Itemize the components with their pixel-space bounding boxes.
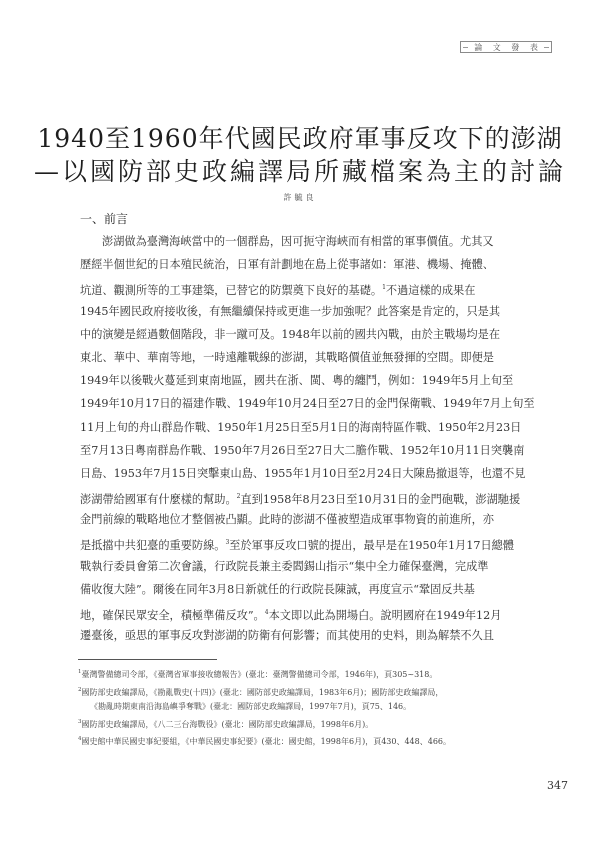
footnote-continuation: 《勘亂時期東南沿海島嶼爭奪戰》(臺北：國防部史政編譯局，1997年7月)，頁75… [78, 700, 528, 715]
footnote-text: 臺灣警備總司令部，《臺灣省軍事接收總報告》(臺北：臺灣警備總司令部，1946年)… [82, 670, 438, 679]
body-line: 是抵擋中共犯臺的重要防線。3至於軍事反攻口號的提出，最早是在1950年1月17日… [80, 531, 520, 554]
footnote-divider [78, 659, 217, 660]
article-title-line-1: 1940至1960年代國民政府軍事反攻下的澎湖 [0, 119, 600, 155]
body-line-text: 東北、華中、華南等地，一時遠離戰線的澎湖，其戰略價值並無發揮的空間。即便是 [80, 351, 494, 364]
body-line-text: 坑道、觀測所等的工事建築，已替它的防禦奠下良好的基礎。 [80, 284, 382, 297]
body-line-text: 1949年以後戰火蔓延到東南地區，國共在浙、閩、粵的纏鬥，例如：1949年5月上… [80, 374, 513, 387]
footnotes: 1臺灣警備總司令部，《臺灣省軍事接收總報告》(臺北：臺灣警備總司令部，1946年… [78, 665, 528, 750]
body-line-text: 1949年10月17日的福建作戰、1949年10月24日至27日的金門保衛戰、1… [80, 397, 535, 410]
footnote: 1臺灣警備總司令部，《臺灣省軍事接收總報告》(臺北：臺灣警備總司令部，1946年… [78, 665, 528, 683]
body-line: 備收復大陸”。爾後在同年3月8日新就任的行政院長陳誠，再度宣示“鞏固反共基 [80, 578, 520, 601]
body-line-text: 澎湖做為臺灣海峽當中的一個群島，因可扼守海峽而有相當的軍事價值。尤其又 [102, 235, 494, 248]
body-line-text: 本文即以此為開場白。說明國府在1949年12月 [269, 609, 502, 622]
body-line-text: 中的演變是經過數個階段，非一蹴可及。1948年以前的國共內戰，由於主戰場均是在 [80, 328, 500, 341]
author-name: 許毓良 [0, 192, 600, 203]
body-line: 歷經半個世紀的日本殖民統治，日軍有計劃地在島上從事諸如：軍港、機場、掩體、 [80, 253, 520, 276]
body-line-text: 不過這樣的成果在 [386, 284, 476, 297]
article-title-line-2: —以國防部史政編譯局所藏檔案為主的討論 [0, 152, 600, 188]
body-line-text: 備收復大陸”。爾後在同年3月8日新就任的行政院長陳誠，再度宣示“鞏固反共基 [80, 583, 475, 596]
body-line-text: 1945年國民政府接收後，有無繼續保持或更進一步加強呢？此答案是肯定的，只是其 [80, 305, 500, 318]
body-text: 澎湖做為臺灣海峽當中的一個群島，因可扼守海峽而有相當的軍事價值。尤其又歷經半個世… [80, 230, 520, 647]
body-line-text: 地，確保民眾安全，積極準備反攻”。 [80, 609, 265, 622]
body-line: 遷臺後，亟思的軍事反攻對澎湖的防衛有何影響；而其使用的史料，則為解禁不久且 [80, 624, 520, 647]
page-number: 347 [547, 779, 568, 792]
footnote-text: 國史館中華民國史事紀要組，《中華民國史事紀要》(臺北：國史館，1998年6月)，… [82, 737, 452, 746]
body-line: 坑道、觀測所等的工事建築，已替它的防禦奠下良好的基礎。1不過這樣的成果在 [80, 276, 520, 299]
body-line: 至7月13日粵南群島作戰、1950年7月26日至27日大二膽作戰、1952年10… [80, 439, 520, 462]
body-line-text: 直到1958年8月23日至10月31日的金門砲戰，澎湖馳援 [240, 493, 520, 506]
section-heading: 一、前言 [80, 210, 128, 227]
body-line-text: 是抵擋中共犯臺的重要防線。 [80, 539, 225, 552]
body-line-text: 11月上旬的舟山群島作戰、1950年1月25日至5月1日的海南特區作戰、1950… [80, 421, 521, 434]
section-tag-label: 論 文 發 表 [470, 42, 542, 53]
body-line-text: 至7月13日粵南群島作戰、1950年7月26日至27日大二膽作戰、1952年10… [80, 444, 524, 457]
body-line: 澎湖帶給國軍有什麼樣的幫助。2直到1958年8月23日至10月31日的金門砲戰，… [80, 485, 520, 508]
body-line-text: 歷經半個世紀的日本殖民統治，日軍有計劃地在島上從事諸如：軍港、機場、掩體、 [80, 258, 494, 271]
body-line-text: 澎湖帶給國軍有什麼樣的幫助。 [80, 493, 237, 506]
section-tag: 論 文 發 表 [460, 41, 552, 53]
footnote: 3國防部史政編譯局，《八二三台海戰役》(臺北：國防部史政編譯局，1998年6月)… [78, 715, 528, 733]
footnote: 4國史館中華民國史事紀要組，《中華民國史事紀要》(臺北：國史館，1998年6月)… [78, 732, 528, 750]
body-line: 中的演變是經過數個階段，非一蹴可及。1948年以前的國共內戰，由於主戰場均是在 [80, 323, 520, 346]
body-line-text: 至於軍事反攻口號的提出，最早是在1950年1月17日總體 [229, 539, 514, 552]
body-line: 1949年以後戰火蔓延到東南地區，國共在浙、閩、粵的纏鬥，例如：1949年5月上… [80, 369, 520, 392]
footnote-text: 國防部史政編譯局，《勘亂戰史(十四)》(臺北：國防部史政編譯局，1983年6月)… [82, 688, 444, 697]
body-line: 澎湖做為臺灣海峽當中的一個群島，因可扼守海峽而有相當的軍事價值。尤其又 [80, 230, 520, 253]
body-line-text: 金門前線的戰略地位才整個被凸顯。此時的澎湖不僅被塑造成軍事物資的前進所，亦 [80, 513, 494, 526]
body-line-text: 遷臺後，亟思的軍事反攻對澎湖的防衛有何影響；而其使用的史料，則為解禁不久且 [80, 629, 494, 642]
body-line: 戰執行委員會第二次會議，行政院長兼主委閻錫山指示“集中全力確保臺灣，完成準 [80, 555, 520, 578]
body-line: 地，確保民眾安全，積極準備反攻”。4本文即以此為開場白。說明國府在1949年12… [80, 601, 520, 624]
body-line: 1949年10月17日的福建作戰、1949年10月24日至27日的金門保衛戰、1… [80, 392, 520, 415]
body-line-text: 戰執行委員會第二次會議，行政院長兼主委閻錫山指示“集中全力確保臺灣，完成準 [80, 560, 488, 573]
footnote-text: 國防部史政編譯局，《八二三台海戰役》(臺北：國防部史政編譯局，1998年6月)。 [82, 720, 374, 729]
body-line: 日島、1953年7月15日突擊東山島、1955年1月10日至2月24日大陳島撤退… [80, 462, 520, 485]
body-line: 1945年國民政府接收後，有無繼續保持或更進一步加強呢？此答案是肯定的，只是其 [80, 300, 520, 323]
footnote: 2國防部史政編譯局，《勘亂戰史(十四)》(臺北：國防部史政編譯局，1983年6月… [78, 683, 528, 701]
body-line: 金門前線的戰略地位才整個被凸顯。此時的澎湖不僅被塑造成軍事物資的前進所，亦 [80, 508, 520, 531]
body-line-text: 日島、1953年7月15日突擊東山島、1955年1月10日至2月24日大陳島撤退… [80, 467, 525, 480]
body-line: 11月上旬的舟山群島作戰、1950年1月25日至5月1日的海南特區作戰、1950… [80, 416, 520, 439]
body-line: 東北、華中、華南等地，一時遠離戰線的澎湖，其戰略價值並無發揮的空間。即便是 [80, 346, 520, 369]
